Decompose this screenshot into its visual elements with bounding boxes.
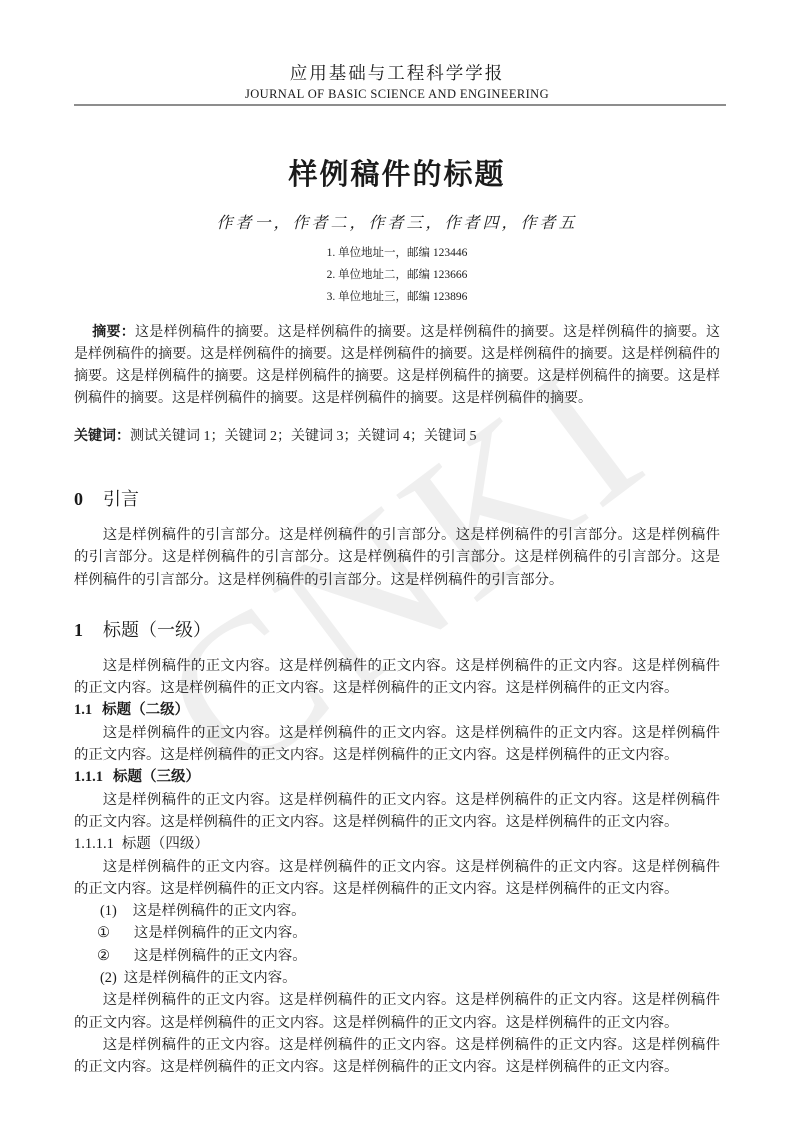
list-item: (2)这是样例稿件的正文内容。 [74, 967, 720, 989]
section-number: 1.1 [74, 702, 92, 718]
list-text: 这是样例稿件的正文内容。 [134, 925, 307, 941]
body-paragraph: 这是样例稿件的正文内容。这是样例稿件的正文内容。这是样例稿件的正文内容。这是样例… [74, 789, 720, 834]
body-paragraph: 这是样例稿件的正文内容。这是样例稿件的正文内容。这是样例稿件的正文内容。这是样例… [74, 1034, 720, 1079]
abstract-label: 摘要： [92, 323, 135, 339]
header-rule [74, 104, 726, 106]
affiliation-list: 1. 单位地址一，邮编 123446 2. 单位地址二，邮编 123666 3.… [74, 242, 720, 308]
section-heading-level4: 1.1.1.1标题（四级） [74, 833, 720, 855]
keywords-text: 测试关键词 1；关键词 2；关键词 3；关键词 4；关键词 5 [130, 429, 477, 444]
keywords-paragraph: 关键词：测试关键词 1；关键词 2；关键词 3；关键词 4；关键词 5 [74, 424, 720, 448]
page-content: 应用基础与工程科学学报 JOURNAL OF BASIC SCIENCE AND… [0, 0, 794, 1079]
list-marker: ② [97, 945, 110, 967]
keywords-label: 关键词： [74, 427, 130, 443]
list-item: (1)这是样例稿件的正文内容。 [74, 900, 720, 922]
affiliation-line: 1. 单位地址一，邮编 123446 [74, 242, 720, 264]
list-item: ②这是样例稿件的正文内容。 [74, 945, 720, 967]
list-text: 这是样例稿件的正文内容。 [133, 903, 306, 919]
section-heading-level1: 0引言 [74, 486, 720, 512]
body-paragraph: 这是样例稿件的正文内容。这是样例稿件的正文内容。这是样例稿件的正文内容。这是样例… [74, 722, 720, 767]
article-title: 样例稿件的标题 [74, 156, 720, 194]
affiliation-line: 2. 单位地址二，邮编 123666 [74, 264, 720, 286]
body-paragraph: 这是样例稿件的正文内容。这是样例稿件的正文内容。这是样例稿件的正文内容。这是样例… [74, 856, 720, 901]
list-text: 这是样例稿件的正文内容。 [124, 970, 297, 986]
list-marker: (1) [100, 900, 117, 922]
body-paragraph: 这是样例稿件的引言部分。这是样例稿件的引言部分。这是样例稿件的引言部分。这是样例… [74, 524, 720, 591]
section-number: 1.1.1.1 [74, 836, 114, 852]
body-paragraph: 这是样例稿件的正文内容。这是样例稿件的正文内容。这是样例稿件的正文内容。这是样例… [74, 989, 720, 1034]
author-list: 作者一，作者二，作者三，作者四，作者五 [74, 212, 720, 236]
section-heading-level2: 1.1标题（二级） [74, 699, 720, 721]
section-number: 1 [74, 620, 83, 640]
section-heading-level3: 1.1.1标题（三级） [74, 766, 720, 788]
journal-title-cn: 应用基础与工程科学学报 [74, 0, 720, 86]
page: CNKI 应用基础与工程科学学报 JOURNAL OF BASIC SCIENC… [0, 0, 794, 1123]
list-text: 这是样例稿件的正文内容。 [134, 948, 307, 964]
section-title: 引言 [103, 489, 139, 509]
abstract-paragraph: 摘要：这是样例稿件的摘要。这是样例稿件的摘要。这是样例稿件的摘要。这是样例稿件的… [74, 320, 720, 410]
abstract-text: 这是样例稿件的摘要。这是样例稿件的摘要。这是样例稿件的摘要。这是样例稿件的摘要。… [74, 325, 720, 406]
section-title: 标题（一级） [103, 620, 211, 640]
article-body: 0引言这是样例稿件的引言部分。这是样例稿件的引言部分。这是样例稿件的引言部分。这… [74, 486, 720, 1079]
journal-title-en: JOURNAL OF BASIC SCIENCE AND ENGINEERING [74, 86, 720, 102]
list-marker: (2) [100, 967, 117, 989]
affiliation-line: 3. 单位地址三，邮编 123896 [74, 286, 720, 308]
section-heading-level1: 1标题（一级） [74, 617, 720, 643]
list-item: ①这是样例稿件的正文内容。 [74, 922, 720, 944]
section-number: 0 [74, 489, 83, 509]
body-paragraph: 这是样例稿件的正文内容。这是样例稿件的正文内容。这是样例稿件的正文内容。这是样例… [74, 655, 720, 700]
list-marker: ① [97, 922, 110, 944]
section-title: 标题（四级） [122, 836, 209, 852]
section-title: 标题（三级） [113, 769, 200, 785]
section-title: 标题（二级） [102, 702, 189, 718]
section-number: 1.1.1 [74, 769, 103, 785]
